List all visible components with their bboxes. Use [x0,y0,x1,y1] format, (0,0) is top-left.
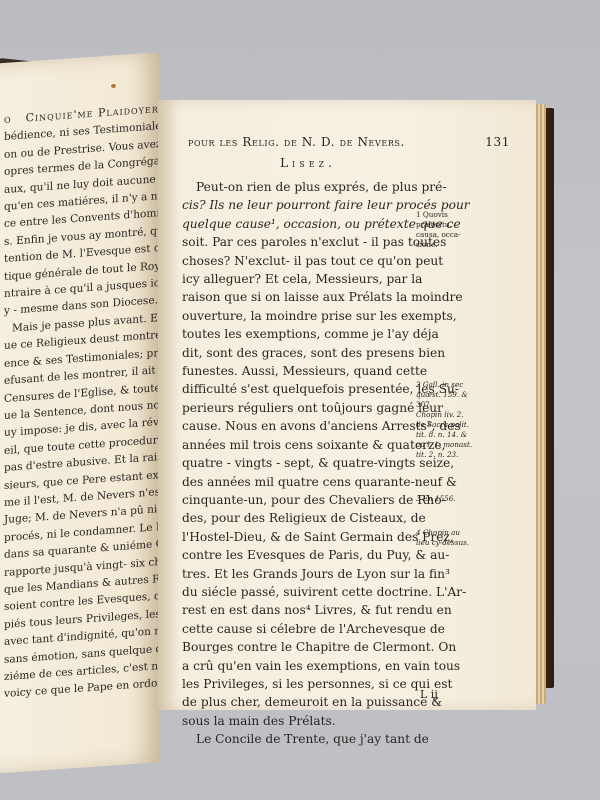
left-page: oCinquie'me Plaidoyer bédience, ni ses T… [0,52,160,774]
text-line: a crû qu'en vain les exemptions, en vain… [182,657,472,675]
text-line: toutes les exemptions, comme je l'ay déj… [182,325,472,343]
left-page-number: o [4,112,12,126]
sidenote-line: causa, occa- [416,230,461,240]
text-line: Le Concile de Trente, que j'ay tant de [182,730,472,748]
text-line: choses? N'exclut- il pas tout ce qu'on p… [182,252,472,270]
text-line: icy alleguer? Et cela, Messieurs, par la [182,270,472,288]
left-page-text: oCinquie'me Plaidoyer bédience, ni ses T… [4,101,154,704]
sidenote-line: prætextu, [416,220,461,230]
sidenote-line: sione. [416,240,461,250]
sidenote-1: 1 Quovis prætextu, causa, occa- sione. [416,210,461,250]
text-line: du siécle passé, suivirent cette doctrin… [182,583,472,601]
text-line: funestes. Aussi, Messieurs, quand cette [182,362,472,380]
right-running-head: pour les Relig. de N. D. de Nevers. 131 [188,135,488,149]
sidenote-line: tit. 2. n. 23. [416,450,472,460]
sidenote-line: 3 En 1556. [416,494,456,504]
text-line: ouverture, la moindre prise sur les exem… [182,307,472,325]
text-line: Peut-on rien de plus exprés, de plus pré… [182,178,472,196]
text-line: raison que si on laisse aux Prélats la m… [182,288,472,306]
paper-stain [111,84,116,88]
sidenote-line: 4 Chopin au [416,528,469,538]
right-page-body: Peut-on rien de plus exprés, de plus pré… [182,178,472,749]
sidenote-line: de Sacra polit. [416,420,472,430]
sidenote-line: 1 Quovis [416,210,461,220]
text-line: tres. Et les Grands Jours de Lyon sur la… [182,565,472,583]
book-photo: oCinquie'me Plaidoyer bédience, ni ses T… [0,0,600,800]
section-heading: Lisez. [158,156,458,170]
sidenote-2: 2 Gall. in sec quæst. 159. & 307. Chopin… [416,380,472,460]
text-line: des années mil quatre cens quarante-neuf… [182,473,472,491]
sidenote-line: 307. [416,400,472,410]
text-line: sous la main des Prélats. [182,712,472,730]
signature-mark: L ij [420,688,438,701]
page-number: 131 [485,135,510,149]
right-page: pour les Relig. de N. D. de Nevers. 131 … [158,100,536,710]
sidenote-line: tit. 8. n. 14. & [416,430,472,440]
text-line: rest en est dans nos⁴ Livres, & fut rend… [182,601,472,619]
sidenote-3: 3 En 1556. [416,494,456,504]
sidenote-line: 2 Gall. in sec [416,380,472,390]
text-line: cette cause si célebre de l'Archevesque … [182,620,472,638]
sidenote-line: au l. 1. monast. [416,440,472,450]
sidenote-4: 4 Chopin au lieu cy-dessus. [416,528,469,548]
sidenote-line: lieu cy-dessus. [416,538,469,548]
sidenote-line: quæst. 159. & [416,390,472,400]
text-line: dit, sont des graces, sont des presens b… [182,344,472,362]
text-line: des, pour des Religieux de Cisteaux, de [182,509,472,527]
text-line: contre les Evesques de Paris, du Puy, & … [182,546,472,564]
running-head-title: pour les Relig. de N. D. de Nevers. [188,135,405,149]
text-line: Bourges contre le Chapitre de Clermont. … [182,638,472,656]
sidenote-line: Chopin liv. 2. [416,410,472,420]
